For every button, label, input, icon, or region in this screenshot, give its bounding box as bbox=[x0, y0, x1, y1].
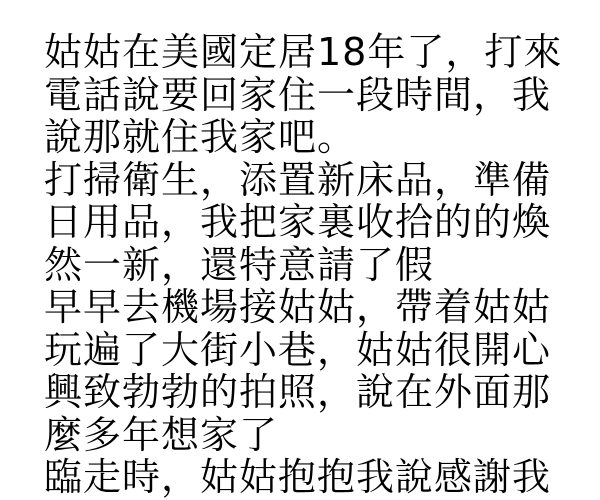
text-line-2: 電話說要回家住一段時間，我 bbox=[44, 74, 564, 117]
text-line-8: 玩遍了大街小巷，姑姑很開心 bbox=[44, 329, 564, 372]
text-line-6: 然一新，還特意請了假 bbox=[44, 244, 564, 287]
story-text: 姑姑在美國定居18年了，打來 電話說要回家住一段時間，我 說那就住我家吧。 打掃… bbox=[44, 31, 564, 499]
text-line-11-partial: 臨走時，姑姑抱抱我說感謝我 bbox=[44, 456, 564, 499]
text-line-3: 說那就住我家吧。 bbox=[44, 116, 564, 159]
document-page: 姑姑在美國定居18年了，打來 電話說要回家住一段時間，我 說那就住我家吧。 打掃… bbox=[0, 0, 600, 500]
text-line-1: 姑姑在美國定居18年了，打來 bbox=[44, 31, 564, 74]
text-line-5: 日用品，我把家裏收拾的的煥 bbox=[44, 201, 564, 244]
text-line-9: 興致勃勃的拍照，說在外面那 bbox=[44, 371, 564, 414]
text-line-4: 打掃衛生，添置新床品，準備 bbox=[44, 159, 564, 202]
text-line-10: 麼多年想家了 bbox=[44, 414, 564, 457]
text-line-7: 早早去機場接姑姑，帶着姑姑 bbox=[44, 286, 564, 329]
